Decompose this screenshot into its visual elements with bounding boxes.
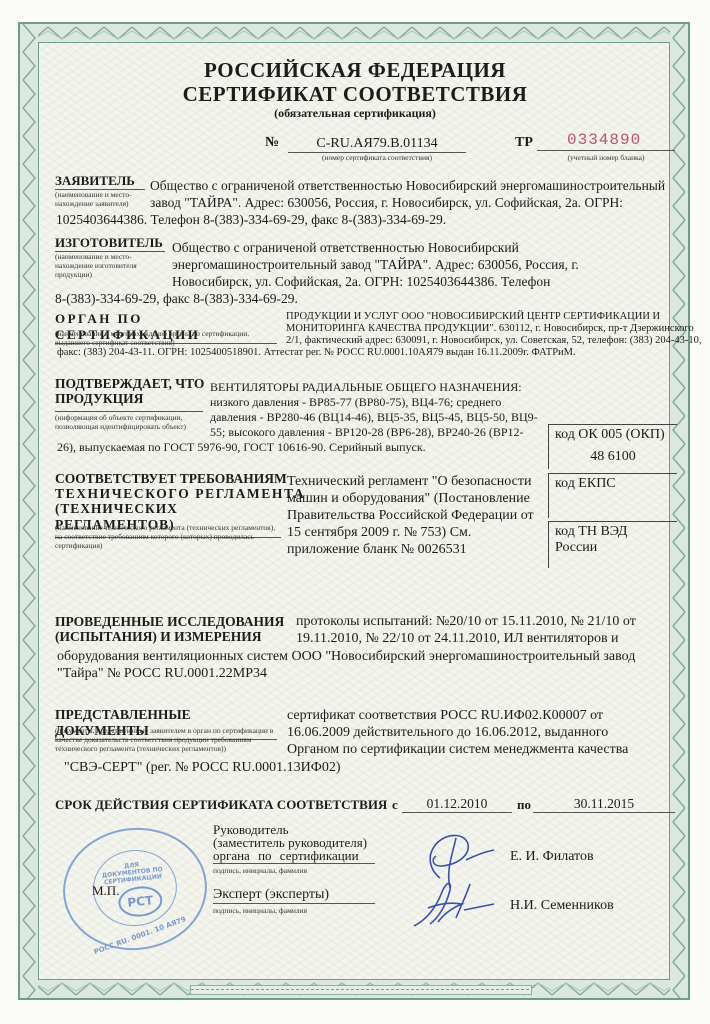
microprint-line — [190, 985, 532, 995]
tests-line-4: "Тайра" № РОСС RU.0001.22МР34 — [57, 666, 267, 683]
validity-from-prefix: с — [392, 797, 398, 813]
expert-title: Эксперт (эксперты) — [213, 887, 375, 904]
ekps-code-box: код ЕКПС — [548, 473, 677, 518]
certificate-number: С-RU.АЯ79.В.01134 — [288, 136, 466, 153]
product-line-1: ВЕНТИЛЯТОРЫ РАДИАЛЬНЫЕ ОБЩЕГО НАЗНАЧЕНИЯ… — [210, 380, 522, 395]
applicant-line-3: 1025403644386. Телефон 8-(383)-334-69-29… — [56, 212, 446, 229]
applicant-line-2: завод "ТАЙРА". Адрес: 630056, Россия, г.… — [150, 195, 623, 212]
regulation-line-4: 15 сентября 2009 г. № 753) См. — [287, 524, 471, 542]
okp-code-box: код ОК 005 (ОКП) 48 6100 — [548, 424, 677, 469]
documents-line-4: "СВЭ-СЕРТ" (рег. № РОСС RU.0001.13ИФ02) — [64, 760, 341, 777]
regulation-label-2: ТЕХНИЧЕСКОГО РЕГЛАМЕНТА — [55, 486, 305, 502]
regulation-line-5: приложение бланк № 0026531 — [287, 541, 467, 559]
certification-body-line-2: МОНИТОРИНГА КАЧЕСТВА ПРОДУКЦИИ". 630112,… — [286, 323, 694, 335]
tp-label: ТР — [515, 135, 533, 151]
manufacturer-line-3: Новосибирск, ул. Софийская, 2а. ОГРН: 10… — [172, 274, 550, 291]
applicant-caption: (наименование и место-нахождение заявите… — [55, 190, 147, 208]
border-ornament-left — [20, 24, 38, 998]
expert-caption: подпись, инициалы, фамилия — [213, 906, 307, 915]
validity-to-date: 30.11.2015 — [533, 796, 675, 813]
certification-body-line-3: 2/1, фактический адрес: 630091, г. Новос… — [286, 335, 702, 347]
documents-caption: (документы, представленные заявителем в … — [55, 726, 277, 753]
expert-name: Н.И. Семенников — [510, 898, 614, 914]
blank-number-caption: (учетный номер бланка) — [537, 153, 675, 162]
product-line-3: давления - ВР280-46 (ВЦ14-46), ВЦ5-35, В… — [210, 410, 538, 425]
manufacturer-label: ИЗГОТОВИТЕЛЬ — [55, 235, 165, 252]
manufacturer-line-4: 8-(383)-334-69-29, факс 8-(383)-334-69-2… — [55, 291, 298, 308]
regulation-line-2: машин и оборудования" (Постановление — [287, 490, 530, 508]
tests-line-3: оборудования вентиляционных систем ООО "… — [57, 649, 635, 666]
tests-line-2: 19.11.2010, № 22/10 от 24.11.2010, ИЛ ве… — [296, 631, 619, 648]
applicant-line-1: Общество с ограниченой ответственностью … — [150, 178, 665, 195]
validity-from-date: 01.12.2010 — [402, 796, 512, 813]
applicant-label: ЗАЯВИТЕЛЬ — [55, 173, 145, 190]
okp-code-label: код ОК 005 (ОКП) — [549, 425, 677, 445]
okp-code-value: 48 6100 — [549, 445, 677, 465]
product-line-5: 26), выпускаемая по ГОСТ 5976-90, ГОСТ 1… — [57, 440, 426, 455]
head-caption: подпись, инициалы, фамилия — [213, 866, 307, 875]
tests-label-2: (ИСПЫТАНИЯ) И ИЗМЕРЕНИЯ — [55, 629, 261, 645]
product-label-1: ПОДТВЕРЖДАЕТ, ЧТО — [55, 376, 204, 392]
number-prefix: № — [265, 135, 279, 151]
seal-place-label: М.П. — [92, 883, 119, 899]
blank-number: 0334890 — [537, 131, 675, 151]
document-subtitle: (обязательная сертификация) — [0, 106, 710, 121]
tnved-code-label: код ТН ВЭД России — [549, 522, 677, 558]
certification-body-line-4: факс: (383) 204-43-11. ОГРН: 10254005189… — [57, 347, 576, 359]
regulation-caption: (наименование технического регламента (т… — [55, 523, 280, 550]
expert-signature — [408, 878, 498, 933]
regulation-line-3: Правительства Российской Федерации от — [287, 507, 534, 525]
product-label-2: ПРОДУКЦИЯ — [55, 391, 203, 412]
manufacturer-caption: (наименование и место-нахождение изготов… — [55, 252, 160, 279]
country-title: РОССИЙСКАЯ ФЕДЕРАЦИЯ — [0, 58, 710, 83]
manufacturer-line-1: Общество с ограниченой ответственностью … — [172, 240, 519, 257]
certification-body-line-1: ПРОДУКЦИИ И УСЛУГ ООО "НОВОСИБИРСКИЙ ЦЕН… — [286, 311, 660, 323]
ekps-code-label: код ЕКПС — [549, 474, 677, 494]
regulation-line-1: Технический регламент "О безопасности — [287, 473, 531, 491]
documents-line-1: сертификат соответствия РОСС RU.ИФ02.К00… — [287, 708, 603, 725]
regulation-label-1: СООТВЕТСТВУЕТ ТРЕБОВАНИЯМ — [55, 471, 287, 487]
head-name: Е. И. Филатов — [510, 849, 594, 865]
product-line-4: 55; высокого давления - ВР120-28 (ВР6-28… — [210, 425, 524, 440]
validity-label: СРОК ДЕЙСТВИЯ СЕРТИФИКАТА СООТВЕТСТВИЯ — [55, 797, 387, 813]
tests-line-1: протоколы испытаний: №20/10 от 15.11.201… — [296, 614, 636, 631]
documents-line-3: Органом по сертификации систем менеджмен… — [287, 742, 628, 759]
product-line-2: низкого давления - ВР85-77 (ВР80-75), ВЦ… — [210, 395, 501, 410]
document-title: СЕРТИФИКАТ СООТВЕТСТВИЯ — [0, 82, 710, 107]
certificate-number-caption: (номер сертификата соответствия) — [288, 153, 466, 162]
product-caption: (информация об объекте сертификации, поз… — [55, 413, 205, 431]
manufacturer-line-2: энергомашиностроительный завод "ТАЙРА". … — [172, 257, 579, 274]
certification-body-caption: (наименование и местонахождение органа п… — [55, 329, 280, 347]
tests-label-1: ПРОВЕДЕННЫЕ ИССЛЕДОВАНИЯ — [55, 614, 284, 630]
tnved-code-box: код ТН ВЭД России — [548, 521, 677, 568]
documents-line-2: 16.06.2009 действительного до 16.06.2012… — [287, 725, 608, 742]
validity-to-prefix: по — [517, 797, 531, 813]
border-ornament-top — [20, 24, 688, 42]
head-title-3: органа по сертификации — [213, 849, 375, 864]
